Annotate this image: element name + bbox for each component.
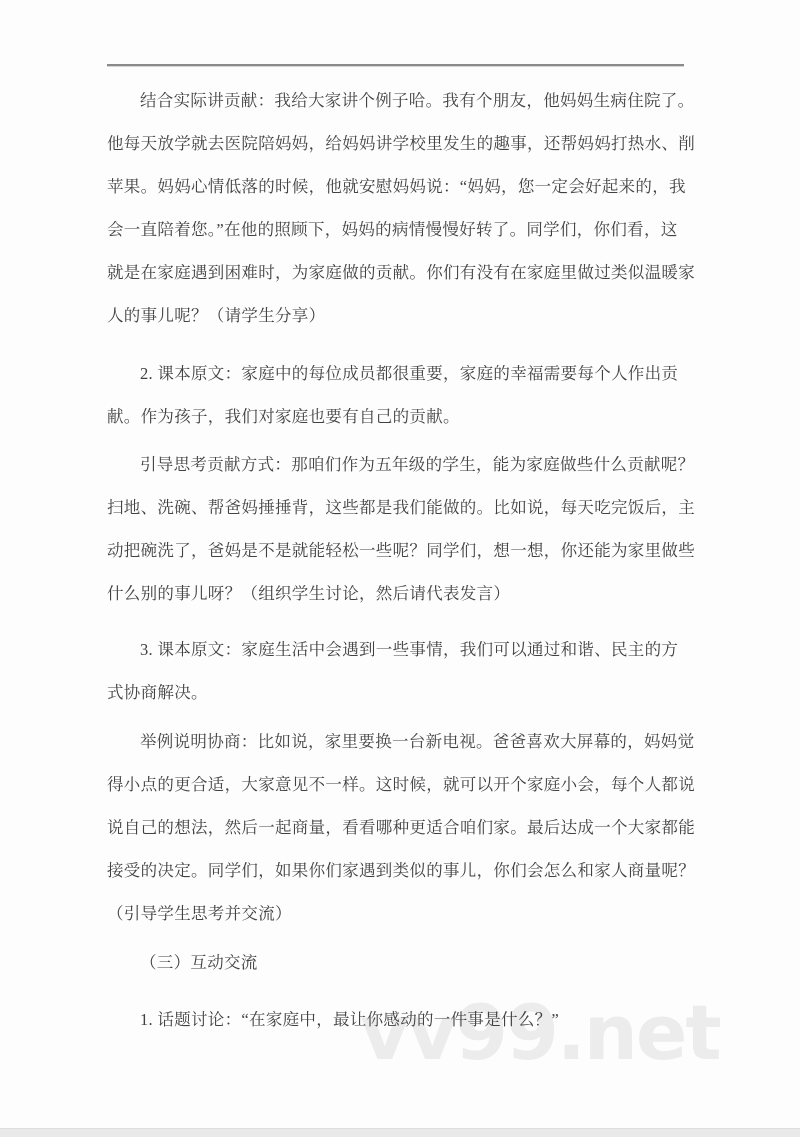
document-page: vv99.net 结合实际讲贡献：我给大家讲个例子哈。我有个朋友，他妈妈生病住院… bbox=[0, 0, 800, 1137]
text-line: 人的事儿呢？（请学生分享） bbox=[107, 294, 692, 337]
text-line: 扫地、洗碗、帮爸妈捶捶背，这些都是我们能做的。比如说，每天吃完饭后，主 bbox=[107, 486, 692, 529]
text-line: 什么别的事儿呀？（组织学生讨论，然后请代表发言） bbox=[107, 572, 692, 615]
paragraph-guide-thinking: 引导思考贡献方式：那咱们作为五年级的学生，能为家庭做些什么贡献呢？ 扫地、洗碗、… bbox=[107, 443, 692, 615]
paragraph-topic-discussion: 1. 话题讨论：“在家庭中，最让你感动的一件事是什么？” bbox=[107, 998, 692, 1041]
text-line: 献。作为孩子，我们对家庭也要有自己的贡献。 bbox=[107, 395, 692, 438]
paragraph-negotiation-example: 举例说明协商：比如说，家里要换一台新电视。爸爸喜欢大屏幕的，妈妈觉 得小点的更合… bbox=[107, 720, 692, 935]
text-line: 1. 话题讨论：“在家庭中，最让你感动的一件事是什么？” bbox=[107, 998, 692, 1041]
text-line: 会一直陪着您。”在他的照顾下，妈妈的病情慢慢好转了。同学们，你们看，这 bbox=[107, 208, 692, 251]
document-content: 结合实际讲贡献：我给大家讲个例子哈。我有个朋友，他妈妈生病住院了。 他每天放学就… bbox=[107, 0, 692, 1137]
text-line: 举例说明协商：比如说，家里要换一台新电视。爸爸喜欢大屏幕的，妈妈觉 bbox=[107, 720, 692, 763]
text-line: 苹果。妈妈心情低落的时候，他就安慰妈妈说：“妈妈，您一定会好起来的，我 bbox=[107, 165, 692, 208]
page-bottom-edge bbox=[0, 1128, 800, 1137]
text-line: 式协商解决。 bbox=[107, 671, 692, 714]
text-line: 结合实际讲贡献：我给大家讲个例子哈。我有个朋友，他妈妈生病住院了。 bbox=[107, 79, 692, 122]
text-line: 得小点的更合适，大家意见不一样。这时候，就可以开个家庭小会，每个人都说 bbox=[107, 763, 692, 806]
text-line: 引导思考贡献方式：那咱们作为五年级的学生，能为家庭做些什么贡献呢？ bbox=[107, 443, 692, 486]
paragraph-textbook-2: 2. 课本原文：家庭中的每位成员都很重要，家庭的幸福需要每个人作出贡 献。作为孩… bbox=[107, 352, 692, 438]
text-line: 说自己的想法，然后一起商量，看看哪种更适合咱们家。最后达成一个大家都能 bbox=[107, 806, 692, 849]
paragraph-example-contribution: 结合实际讲贡献：我给大家讲个例子哈。我有个朋友，他妈妈生病住院了。 他每天放学就… bbox=[107, 79, 692, 337]
text-line: 3. 课本原文：家庭生活中会遇到一些事情，我们可以通过和谐、民主的方 bbox=[107, 628, 692, 671]
paragraph-textbook-3: 3. 课本原文：家庭生活中会遇到一些事情，我们可以通过和谐、民主的方 式协商解决… bbox=[107, 628, 692, 714]
text-line: 2. 课本原文：家庭中的每位成员都很重要，家庭的幸福需要每个人作出贡 bbox=[107, 352, 692, 395]
text-line: （引导学生思考并交流） bbox=[107, 892, 692, 935]
text-line: 他每天放学就去医院陪妈妈，给妈妈讲学校里发生的趣事，还帮妈妈打热水、削 bbox=[107, 122, 692, 165]
text-line: 就是在家庭遇到困难时，为家庭做的贡献。你们有没有在家庭里做过类似温暖家 bbox=[107, 251, 692, 294]
text-line: （三）互动交流 bbox=[107, 941, 692, 984]
text-line: 接受的决定。同学们，如果你们家遇到类似的事儿，你们会怎么和家人商量呢？ bbox=[107, 849, 692, 892]
text-line: 动把碗洗了，爸妈是不是就能轻松一些呢？同学们，想一想，你还能为家里做些 bbox=[107, 529, 692, 572]
section-heading-interaction: （三）互动交流 bbox=[107, 941, 692, 984]
